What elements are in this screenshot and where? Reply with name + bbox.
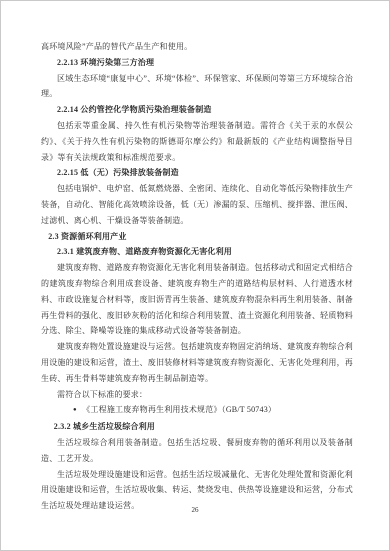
document-body: 高环境风险”产品的替代产品生产和使用。2.2.13 环境污染第三方治理区域生态环…	[41, 39, 353, 514]
bullet-text: 《工程施工废弃物再生利用技术规范》（GB/T 50743）	[82, 405, 276, 414]
section-heading: 2.2.14 公约管控化学物质污染治理装备制造	[41, 102, 353, 118]
standard-bullet-item: ●《工程施工废弃物再生利用技术规范》（GB/T 50743）	[41, 402, 353, 419]
section-heading: 2.2.15 低（无）污染排放装备制造	[41, 165, 353, 181]
section-heading: 2.3.2 城乡生活垃圾综合利用	[41, 419, 353, 435]
paragraph: 区域生态环境“康复中心”、环境“体检”、环保管家、环保顾问等第三方环境综合治理。	[41, 71, 353, 103]
paragraph: 需符合以下标准的要求：	[41, 387, 353, 403]
document-page: 高环境风险”产品的替代产品生产和使用。2.2.13 环境污染第三方治理区域生态环…	[0, 0, 390, 551]
paragraph: 生活垃圾综合利用装备制造。包括生活垃圾、餐厨废弃物的循环利用以及装备制造、工艺开…	[41, 435, 353, 467]
paragraph: 建筑废弃物、道路废弃物资源化无害化利用装备制造。包括移动式和固定式相结合的建筑废…	[41, 260, 353, 339]
section-heading: 2.3 资源循环利用产业	[41, 229, 353, 245]
bullet-icon: ●	[73, 403, 77, 419]
paragraph: 高环境风险”产品的替代产品生产和使用。	[41, 39, 353, 55]
section-heading: 2.3.1 建筑废弃物、道路废弃物资源化无害化利用	[41, 244, 353, 260]
paragraph: 包括电锅炉、电炉窑、低氮燃烧器、全密闭、连续化、自动化等低污染物排放生产装备，自…	[41, 181, 353, 228]
paragraph: 建筑废弃物处置设施建设与运营。包括建筑废弃物固定消纳场、建筑废弃物综合利用设施的…	[41, 339, 353, 386]
page-number: 26	[1, 506, 389, 514]
paragraph: 包括汞等重金属、持久性有机污染物等治理装备制造。需符合《关于汞的水俣公约》、《关…	[41, 118, 353, 165]
section-heading: 2.2.13 环境污染第三方治理	[41, 55, 353, 71]
